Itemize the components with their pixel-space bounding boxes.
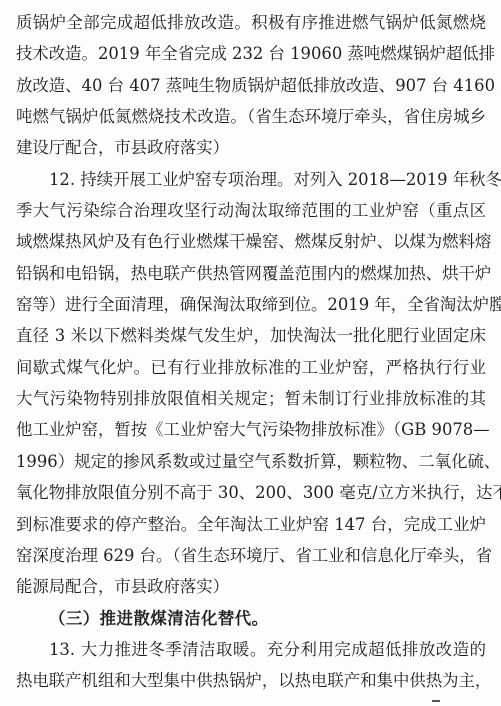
text-line: 质锅炉全部完成超低排放改造。积极有序推进燃气锅炉低氮燃烧 — [16, 7, 486, 38]
document-body: 质锅炉全部完成超低排放改造。积极有序推进燃气锅炉低氮燃烧 技术改造。2019 年… — [16, 7, 486, 697]
section-heading-3: （三）推进散煤清洁化替代。 — [16, 603, 486, 634]
text-line: 他工业炉窑，暂按《工业炉窑大气污染物排放标准》（GB 9078— — [16, 414, 486, 445]
document-page: 质锅炉全部完成超低排放改造。积极有序推进燃气锅炉低氮燃烧 技术改造。2019 年… — [0, 0, 501, 706]
text-line: 季大气污染综合治理攻坚行动淘汰取缔范围的工业炉窑（重点区 — [16, 195, 486, 226]
paragraph-boiler-retrofit-continuation: 质锅炉全部完成超低排放改造。积极有序推进燃气锅炉低氮燃烧 技术改造。2019 年… — [16, 7, 486, 164]
text-line: 到标准要求的停产整治。全年淘汰工业炉窑 147 台，完成工业炉 — [16, 509, 486, 540]
text-line: 铅锅和电铅锅，热电联产供热管网覆盖范围内的燃煤加热、烘干炉 — [16, 258, 486, 289]
text-line: 窑等）进行全面清理，确保淘汰取缔到位。2019 年，全省淘汰炉膛 — [16, 289, 486, 320]
text-line: 放改造、40 台 407 蒸吨生物质锅炉超低排放改造、907 台 4160 蒸 — [16, 70, 486, 101]
page-number-fragment — [432, 700, 440, 702]
text-line: 吨燃气锅炉低氮燃烧技术改造。（省生态环境厅牵头，省住房城乡 — [16, 101, 486, 132]
text-line: 建设厅配合，市县政府落实） — [16, 132, 486, 163]
text-line: 技术改造。2019 年全省完成 232 台 19060 蒸吨燃煤锅炉超低排 — [16, 38, 486, 69]
paragraph-13-clean-heating: 13. 大力推进冬季清洁取暖。充分利用完成超低排放改造的 热电联产机组和大型集中… — [16, 634, 486, 697]
text-line: 域燃煤热风炉及有色行业燃煤干燥窑、燃煤反射炉、以煤为燃料熔 — [16, 226, 486, 257]
text-line: 直径 3 米以下燃料类煤气发生炉，加快淘汰一批化肥行业固定床 — [16, 320, 486, 351]
paragraph-12-industrial-kilns: 12. 持续开展工业炉窑专项治理。对列入 2018—2019 年秋冬 季大气污染… — [16, 164, 486, 603]
text-line: 能源局配合，市县政府落实） — [16, 571, 486, 602]
paragraph-first-line: 12. 持续开展工业炉窑专项治理。对列入 2018—2019 年秋冬 — [16, 164, 486, 195]
section-heading-text: （三）推进散煤清洁化替代。 — [16, 603, 486, 634]
text-line: 热电联产机组和大型集中供热锅炉，以热电联产和集中供热为主， — [16, 665, 486, 696]
text-line: 窑深度治理 629 台。（省生态环境厅、省工业和信息化厅牵头，省 — [16, 540, 486, 571]
text-line: 间歇式煤气化炉。已有行业排放标准的工业炉窑，严格执行行业 — [16, 352, 486, 383]
paragraph-first-line: 13. 大力推进冬季清洁取暖。充分利用完成超低排放改造的 — [16, 634, 486, 665]
text-line: 氧化物排放限值分别不高于 30、200、300 毫克/立方米执行，达不 — [16, 477, 486, 508]
text-line: 大气污染物特别排放限值相关规定；暂未制订行业排放标准的其 — [16, 383, 486, 414]
text-line: 1996）规定的掺风系数或过量空气系数折算，颗粒物、二氧化硫、氮 — [16, 446, 486, 477]
